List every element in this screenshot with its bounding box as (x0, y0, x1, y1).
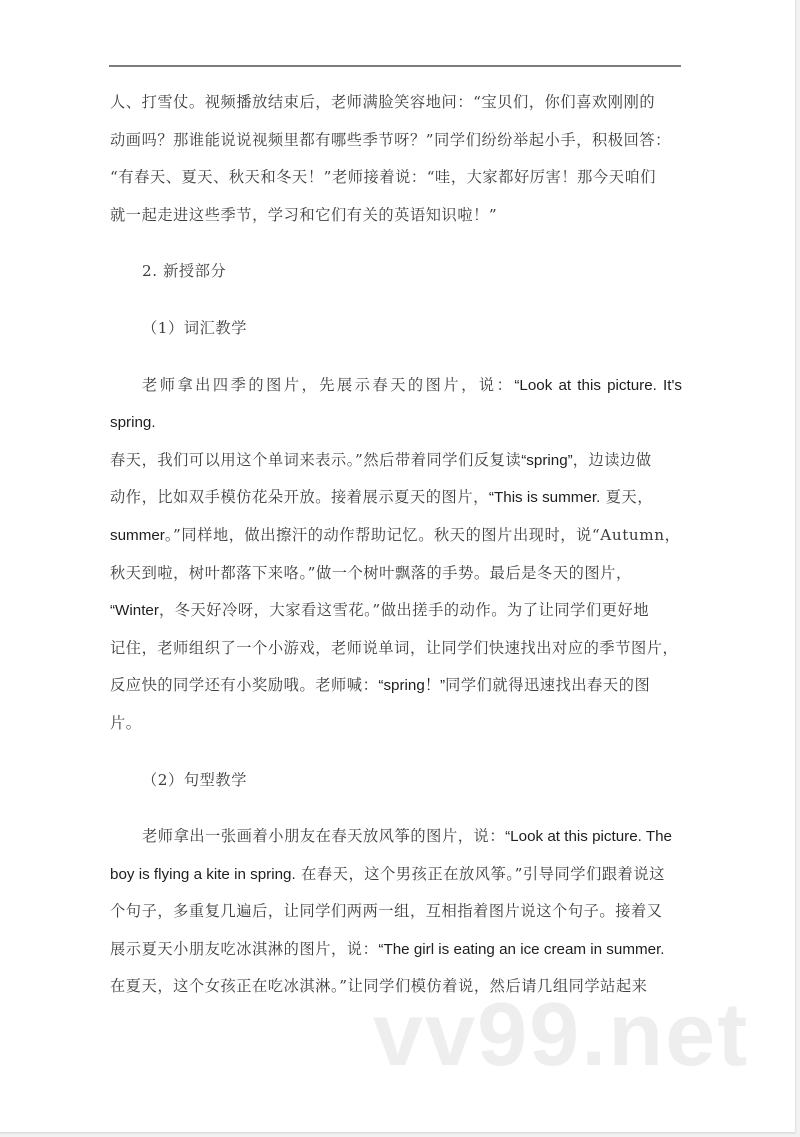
spacer (110, 799, 682, 818)
sentence-paragraph: 老师拿出一张画着小朋友在春天放风筝的图片，说：“Look at this pic… (110, 818, 682, 1006)
text-en: boy is flying a kite in spring. (110, 866, 296, 883)
section-heading: 2. 新授部分 (110, 253, 682, 291)
text-line: 动画吗？那谁能说说视频里都有哪些季节呀？”同学们纷纷举起小手，积极回答： (110, 122, 682, 160)
document-page: 人、打雪仗。视频播放结束后，老师满脸笑容地问：“宝贝们，你们喜欢刚刚的 动画吗？… (0, 0, 796, 1133)
text-en: “Winter (110, 602, 159, 619)
text-line: 老师拿出四季的图片，先展示春天的图片，说：“Look at this pictu… (110, 367, 682, 442)
text-line: 人、打雪仗。视频播放结束后，老师满脸笑容地问：“宝贝们，你们喜欢刚刚的 (110, 84, 682, 122)
text-zh: 个句子，多重复几遍后，让同学们两两一组，互相指着图片说这个句子。接着又 (110, 902, 663, 920)
text-line: 就一起走进这些季节，学习和它们有关的英语知识啦！” (110, 197, 682, 235)
text-line: 展示夏天小朋友吃冰淇淋的图片，说：“The girl is eating an … (110, 931, 682, 969)
text-en: “Look at this picture. The (505, 828, 672, 845)
text-en: “The girl is eating an ice cream in summ… (378, 941, 664, 958)
subsection-heading-vocabulary: （1）词汇教学 (110, 310, 682, 348)
text-line: “Winter，冬天好冷呀，大家看这雪花。”做出搓手的动作。为了让同学们更好地 (110, 592, 682, 630)
text-line: 片。 (110, 705, 682, 743)
text-zh: 老师拿出四季的图片，先展示春天的图片，说： (142, 376, 514, 394)
text-zh: 。”同样地，做出擦汗的动作帮助记忆。秋天的图片出现时，说“Autumn， (165, 526, 681, 544)
spacer (110, 743, 682, 762)
text-line: “有春天、夏天、秋天和冬天！”老师接着说：“哇，大家都好厉害！那今天咱们 (110, 159, 682, 197)
text-line: summer。”同样地，做出擦汗的动作帮助记忆。秋天的图片出现时，说“Autum… (110, 517, 682, 555)
spacer (110, 348, 682, 367)
text-line: 老师拿出一张画着小朋友在春天放风筝的图片，说：“Look at this pic… (110, 818, 682, 856)
text-zh: 春天，我们可以用这个单词来表示。”然后带着同学们反复读 (110, 451, 521, 469)
vocabulary-paragraph: 老师拿出四季的图片，先展示春天的图片，说：“Look at this pictu… (110, 367, 682, 743)
text-zh: 老师拿出一张画着小朋友在春天放风筝的图片，说： (142, 827, 505, 845)
text-line: boy is flying a kite in spring. 在春天，这个男孩… (110, 856, 682, 894)
text-zh: 反应快的同学还有小奖励哦。老师喊： (110, 676, 378, 694)
text-zh: 片。 (110, 714, 142, 732)
text-zh: ，冬天好冷呀，大家看这雪花。”做出搓手的动作。为了让同学们更好地 (159, 601, 649, 619)
spacer (110, 234, 682, 253)
text-zh: 在夏天，这个女孩正在吃冰淇淋。”让同学们模仿着说，然后请几组同学站起来 (110, 977, 648, 995)
text-line: 在夏天，这个女孩正在吃冰淇淋。”让同学们模仿着说，然后请几组同学站起来 (110, 968, 682, 1006)
text-zh: 记住，老师组织了一个小游戏，老师说单词，让同学们快速找出对应的季节图片， (110, 639, 678, 657)
header-rule (109, 65, 681, 67)
text-line: 个句子，多重复几遍后，让同学们两两一组，互相指着图片说这个句子。接着又 (110, 893, 682, 931)
text-zh: 在春天，这个男孩正在放风筝。”引导同学们跟着说这 (296, 865, 665, 883)
text-zh: 同学们就得迅速找出春天的图 (445, 676, 650, 694)
text-zh: 动作，比如双手模仿花朵开放。接着展示夏天的图片， (110, 488, 489, 506)
text-line: 记住，老师组织了一个小游戏，老师说单词，让同学们快速找出对应的季节图片， (110, 630, 682, 668)
text-line: 秋天到啦，树叶都落下来咯。”做一个树叶飘落的手势。最后是冬天的图片， (110, 555, 682, 593)
text-en: summer (110, 527, 165, 544)
text-line: 春天，我们可以用这个单词来表示。”然后带着同学们反复读“spring”，边读边做 (110, 442, 682, 480)
text-line: 反应快的同学还有小奖励哦。老师喊：“spring！”同学们就得迅速找出春天的图 (110, 667, 682, 705)
text-zh: 秋天到啦，树叶都落下来咯。”做一个树叶飘落的手势。最后是冬天的图片， (110, 564, 632, 582)
spacer (110, 291, 682, 310)
text-en: “spring” (521, 452, 572, 469)
text-zh: 展示夏天小朋友吃冰淇淋的图片，说： (110, 940, 378, 958)
subsection-heading-sentences: （2）句型教学 (110, 762, 682, 800)
text-zh: ，边读边做 (573, 451, 652, 469)
text-en: “This is summer. (489, 489, 600, 506)
intro-paragraph: 人、打雪仗。视频播放结束后，老师满脸笑容地问：“宝贝们，你们喜欢刚刚的 动画吗？… (110, 84, 682, 234)
document-body: 人、打雪仗。视频播放结束后，老师满脸笑容地问：“宝贝们，你们喜欢刚刚的 动画吗？… (110, 84, 682, 1006)
text-en: “spring！” (378, 677, 445, 694)
text-line: 动作，比如双手模仿花朵开放。接着展示夏天的图片，“This is summer.… (110, 479, 682, 517)
text-zh: 夏天， (600, 488, 653, 506)
